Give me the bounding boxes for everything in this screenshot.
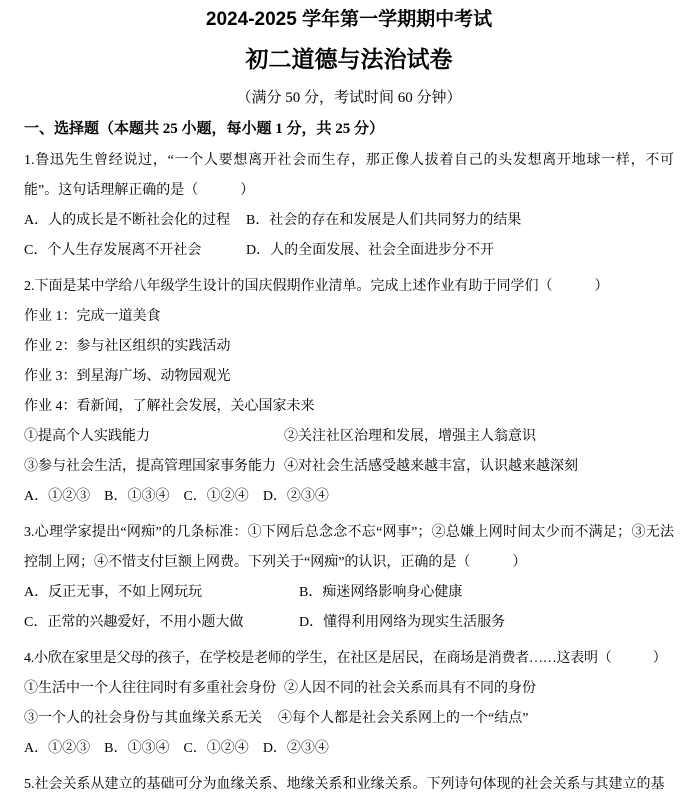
question-1-option-b: B．社会的存在和发展是人们共同努力的结果 xyxy=(246,206,674,236)
question-5: 5.社会关系从建立的基础可分为血缘关系、地缘关系和业缘关系。下列诗句体现的社会关… xyxy=(24,770,674,792)
question-3-stem: 3.心理学家提出“网痴”的几条标准：①下网后总念念不忘“网事”；②总嫌上网时间太… xyxy=(24,518,674,578)
question-4: 4.小欣在家里是父母的孩子，在学校是老师的学生，在社区是居民，在商场是消费者……… xyxy=(24,644,674,764)
question-4-statements-row-2: ③一个人的社会身份与其血缘关系无关 ④每个人都是社会关系网上的一个“结点” xyxy=(24,704,674,734)
question-2: 2.下面是某中学给八年级学生设计的国庆假期作业清单。完成上述作业有助于同学们（ … xyxy=(24,272,674,512)
question-3-options-row-cd: C．正常的兴趣爱好，不用小题大做 D．懂得利用网络为现实生活服务 xyxy=(24,608,674,638)
question-3-option-c: C．正常的兴趣爱好，不用小题大做 xyxy=(24,608,299,638)
question-4-option-a: A．①②③ xyxy=(24,734,90,764)
exam-paper-page: 2024-2025 学年第一学期期中考试 初二道德与法治试卷 （满分 50 分，… xyxy=(0,0,698,792)
question-4-option-b: B．①③④ xyxy=(104,734,169,764)
question-2-option-c: C．①②④ xyxy=(183,482,248,512)
question-4-stem: 4.小欣在家里是父母的孩子，在学校是老师的学生，在社区是居民，在商场是消费者……… xyxy=(24,644,674,674)
question-2-task-1: 作业 1：完成一道美食 xyxy=(24,302,674,332)
question-3-option-d: D．懂得利用网络为现实生活服务 xyxy=(299,608,674,638)
question-3-option-a: A．反正无事，不如上网玩玩 xyxy=(24,578,299,608)
question-1-option-d: D．人的全面发展、社会全面进步分不开 xyxy=(246,236,674,266)
question-4-option-c: C．①②④ xyxy=(183,734,248,764)
section-heading: 一、选择题（本题共 25 小题，每小题 1 分，共 25 分） xyxy=(24,118,674,140)
question-1-stem: 1.鲁迅先生曾经说过，“一个人要想离开社会而生存，那正像人拔着自己的头发想离开地… xyxy=(24,146,674,206)
paper-title: 初二道德与法治试卷 xyxy=(24,44,674,74)
question-2-option-d: D．②③④ xyxy=(263,482,329,512)
question-1-option-a: A．人的成长是不断社会化的过程 xyxy=(24,206,246,236)
question-5-stem: 5.社会关系从建立的基础可分为血缘关系、地缘关系和业缘关系。下列诗句体现的社会关… xyxy=(24,770,674,792)
question-4-answer-options: A．①②③ B．①③④ C．①②④ D．②③④ xyxy=(24,734,674,764)
question-2-statement-1: ①提高个人实践能力 xyxy=(24,422,284,452)
question-2-task-3: 作业 3：到星海广场、动物园观光 xyxy=(24,362,674,392)
question-3-option-b: B．痴迷网络影响身心健康 xyxy=(299,578,674,608)
question-2-task-2: 作业 2：参与社区组织的实践活动 xyxy=(24,332,674,362)
question-4-statement-3: ③一个人的社会身份与其血缘关系无关 xyxy=(24,704,262,734)
question-2-option-b: B．①③④ xyxy=(104,482,169,512)
question-4-statements-row-1: ①生活中一个人往往同时有多重社会身份 ②人因不同的社会关系而具有不同的身份 xyxy=(24,674,674,704)
question-4-option-d: D．②③④ xyxy=(263,734,329,764)
question-4-statement-2: ②人因不同的社会关系而具有不同的身份 xyxy=(284,674,536,704)
question-2-statements-row-2: ③参与社会生活，提高管理国家事务能力 ④对社会生活感受越来越丰富，认识越来越深刻 xyxy=(24,452,674,482)
question-2-stem: 2.下面是某中学给八年级学生设计的国庆假期作业清单。完成上述作业有助于同学们（ … xyxy=(24,272,674,302)
question-2-statements-row-1: ①提高个人实践能力 ②关注社区治理和发展，增强主人翁意识 xyxy=(24,422,674,452)
question-2-answer-options: A．①②③ B．①③④ C．①②④ D．②③④ xyxy=(24,482,674,512)
question-3-options-row-ab: A．反正无事，不如上网玩玩 B．痴迷网络影响身心健康 xyxy=(24,578,674,608)
question-2-statement-3: ③参与社会生活，提高管理国家事务能力 xyxy=(24,452,284,482)
question-4-statement-1: ①生活中一个人往往同时有多重社会身份 xyxy=(24,674,276,704)
question-1: 1.鲁迅先生曾经说过，“一个人要想离开社会而生存，那正像人拔着自己的头发想离开地… xyxy=(24,146,674,266)
question-2-statement-4: ④对社会生活感受越来越丰富，认识越来越深刻 xyxy=(284,452,674,482)
question-1-option-c: C．个人生存发展离不开社会 xyxy=(24,236,246,266)
question-3: 3.心理学家提出“网痴”的几条标准：①下网后总念念不忘“网事”；②总嫌上网时间太… xyxy=(24,518,674,638)
question-2-task-4: 作业 4：看新闻，了解社会发展，关心国家未来 xyxy=(24,392,674,422)
exam-title: 2024-2025 学年第一学期期中考试 xyxy=(24,8,674,32)
question-4-statement-4: ④每个人都是社会关系网上的一个“结点” xyxy=(278,704,528,734)
question-2-option-a: A．①②③ xyxy=(24,482,90,512)
question-2-statement-2: ②关注社区治理和发展，增强主人翁意识 xyxy=(284,422,674,452)
question-1-options-row-cd: C．个人生存发展离不开社会 D．人的全面发展、社会全面进步分不开 xyxy=(24,236,674,266)
exam-info: （满分 50 分，考试时间 60 分钟） xyxy=(24,88,674,108)
question-1-options-row-ab: A．人的成长是不断社会化的过程 B．社会的存在和发展是人们共同努力的结果 xyxy=(24,206,674,236)
